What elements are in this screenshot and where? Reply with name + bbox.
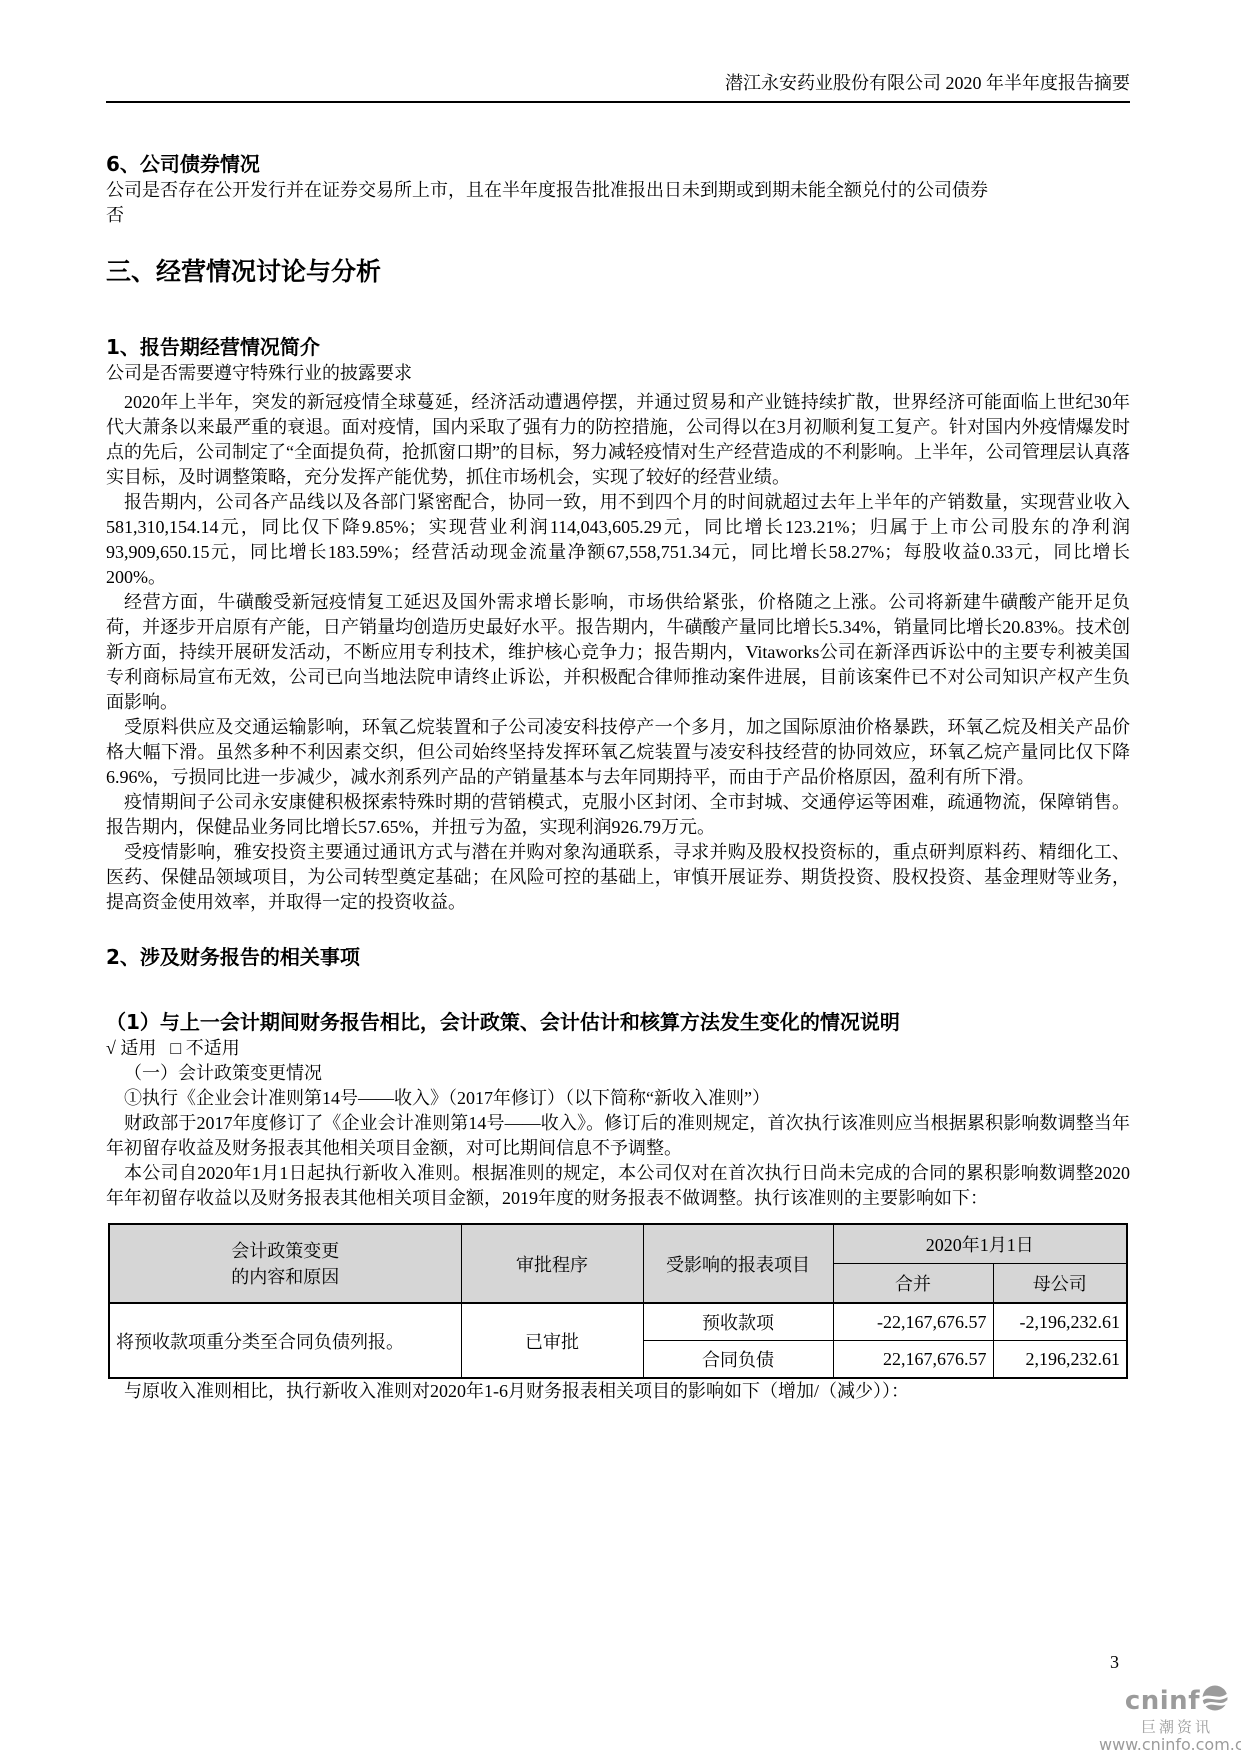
applicability-row: √ 适用□ 不适用 xyxy=(106,1036,1130,1061)
document-title: 潜江永安药业股份有限公司 2020 年半年度报告摘要 xyxy=(725,73,1130,93)
cell-consolidated-value: 22,167,676.57 xyxy=(833,1341,993,1379)
page-number: 3 xyxy=(1110,1652,1119,1673)
subsection-overview-title: 1、报告期经营情况简介 xyxy=(106,334,1130,361)
closing-note: 与原收入准则相比，执行新收入准则对2020年1-6月财务报表相关项目的影响如下（… xyxy=(106,1379,1130,1404)
cell-item: 合同负债 xyxy=(643,1341,833,1379)
table-header: 会计政策变更 的内容和原因 审批程序 受影响的报表项目 2020年1月1日 合并… xyxy=(109,1224,1127,1303)
table-body: 将预收款项重分类至合同负债列报。 已审批 预收款项 -22,167,676.57… xyxy=(109,1303,1127,1378)
overview-paragraph: 2020年上半年，突发的新冠疫情全球蔓延，经济活动遭遇停摆，并通过贸易和产业链持… xyxy=(106,390,1130,490)
running-header: 潜江永安药业股份有限公司 2020 年半年度报告摘要 xyxy=(106,0,1130,103)
accounting-policy-change-table: 会计政策变更 的内容和原因 审批程序 受影响的报表项目 2020年1月1日 合并… xyxy=(108,1223,1128,1379)
report-page: 潜江永安药业股份有限公司 2020 年半年度报告摘要 6、公司债券情况 公司是否… xyxy=(0,0,1241,1754)
financial-item1-title: （1）与上一会计期间财务报告相比，会计政策、会计估计和核算方法发生变化的情况说明 xyxy=(106,1009,1130,1036)
overview-paragraph: 疫情期间子公司永安康健积极探索特殊时期的营销模式，克服小区封闭、全市封城、交通停… xyxy=(106,790,1130,840)
policy-paragraph-mof: 财政部于2017年度修订了《企业会计准则第14号——收入》。修订后的准则规定，首… xyxy=(106,1111,1130,1161)
bonds-question: 公司是否存在公开发行并在证券交易所上市，且在半年度报告批准报出日未到期或到期未能… xyxy=(106,178,1130,203)
overview-paragraph: 报告期内，公司各产品线以及各部门紧密配合，协同一致，用不到四个月的时间就超过去年… xyxy=(106,490,1130,590)
header-affected-items: 受影响的报表项目 xyxy=(643,1224,833,1303)
not-applicable-label: □ 不适用 xyxy=(170,1038,239,1058)
header-date-group: 2020年1月1日 xyxy=(833,1224,1127,1264)
header-approval: 审批程序 xyxy=(461,1224,643,1303)
overview-paragraph: 受疫情影响，雅安投资主要通过通讯方式与潜在并购对象沟通联系，寻求并购及股权投资标… xyxy=(106,840,1130,915)
overview-paragraph: 经营方面，牛磺酸受新冠疫情复工延迟及国外需求增长影响，市场供给紧张，价格随之上涨… xyxy=(106,590,1130,715)
section-discussion-title: 三、经营情况讨论与分析 xyxy=(106,255,1130,288)
cninfo-url: www.cninfo.com.cn xyxy=(1099,1736,1229,1754)
header-parent-company: 母公司 xyxy=(993,1264,1127,1304)
policy-change-item: ①执行《企业会计准则第14号——收入》（2017年修订）（以下简称“新收入准则”… xyxy=(106,1086,1130,1111)
cell-parent-value: 2,196,232.61 xyxy=(993,1341,1127,1379)
overview-paragraph: 受原料供应及交通运输影响，环氧乙烷装置和子公司凌安科技停产一个多月，加之国际原油… xyxy=(106,715,1130,790)
header-change-reason: 会计政策变更 的内容和原因 xyxy=(109,1224,461,1303)
table-row: 将预收款项重分类至合同负债列报。 已审批 预收款项 -22,167,676.57… xyxy=(109,1303,1127,1341)
overview-paragraphs: 2020年上半年，突发的新冠疫情全球蔓延，经济活动遭遇停摆，并通过贸易和产业链持… xyxy=(106,390,1130,915)
section-bonds-title: 6、公司债券情况 xyxy=(106,151,1130,178)
subsection-financial-title: 2、涉及财务报告的相关事项 xyxy=(106,944,1130,971)
cell-change-reason: 将预收款项重分类至合同负债列报。 xyxy=(109,1303,461,1378)
cninfo-chinese-name: 巨潮资讯 xyxy=(1099,1718,1229,1736)
cninfo-brand-text: cninf xyxy=(1125,1688,1200,1714)
table-header-row-1: 会计政策变更 的内容和原因 审批程序 受影响的报表项目 2020年1月1日 xyxy=(109,1224,1127,1264)
bonds-answer: 否 xyxy=(106,203,1130,228)
cell-approval: 已审批 xyxy=(461,1303,643,1378)
cell-item: 预收款项 xyxy=(643,1303,833,1341)
cninfo-swirl-icon xyxy=(1201,1684,1229,1717)
applicable-checked-label: √ 适用 xyxy=(106,1038,156,1058)
policy-paragraph-company: 本公司自2020年1月1日起执行新收入准则。根据准则的规定，本公司仅对在首次执行… xyxy=(106,1161,1130,1211)
cell-parent-value: -2,196,232.61 xyxy=(993,1303,1127,1341)
industry-disclosure-question: 公司是否需要遵守特殊行业的披露要求 xyxy=(106,361,1130,386)
cell-consolidated-value: -22,167,676.57 xyxy=(833,1303,993,1341)
header-consolidated: 合并 xyxy=(833,1264,993,1304)
cninfo-logo: cninf 巨潮资讯 www.cninfo.com.cn xyxy=(1099,1684,1229,1754)
cninfo-logo-wordmark: cninf xyxy=(1099,1684,1229,1717)
policy-change-heading: （一）会计政策变更情况 xyxy=(106,1061,1130,1086)
